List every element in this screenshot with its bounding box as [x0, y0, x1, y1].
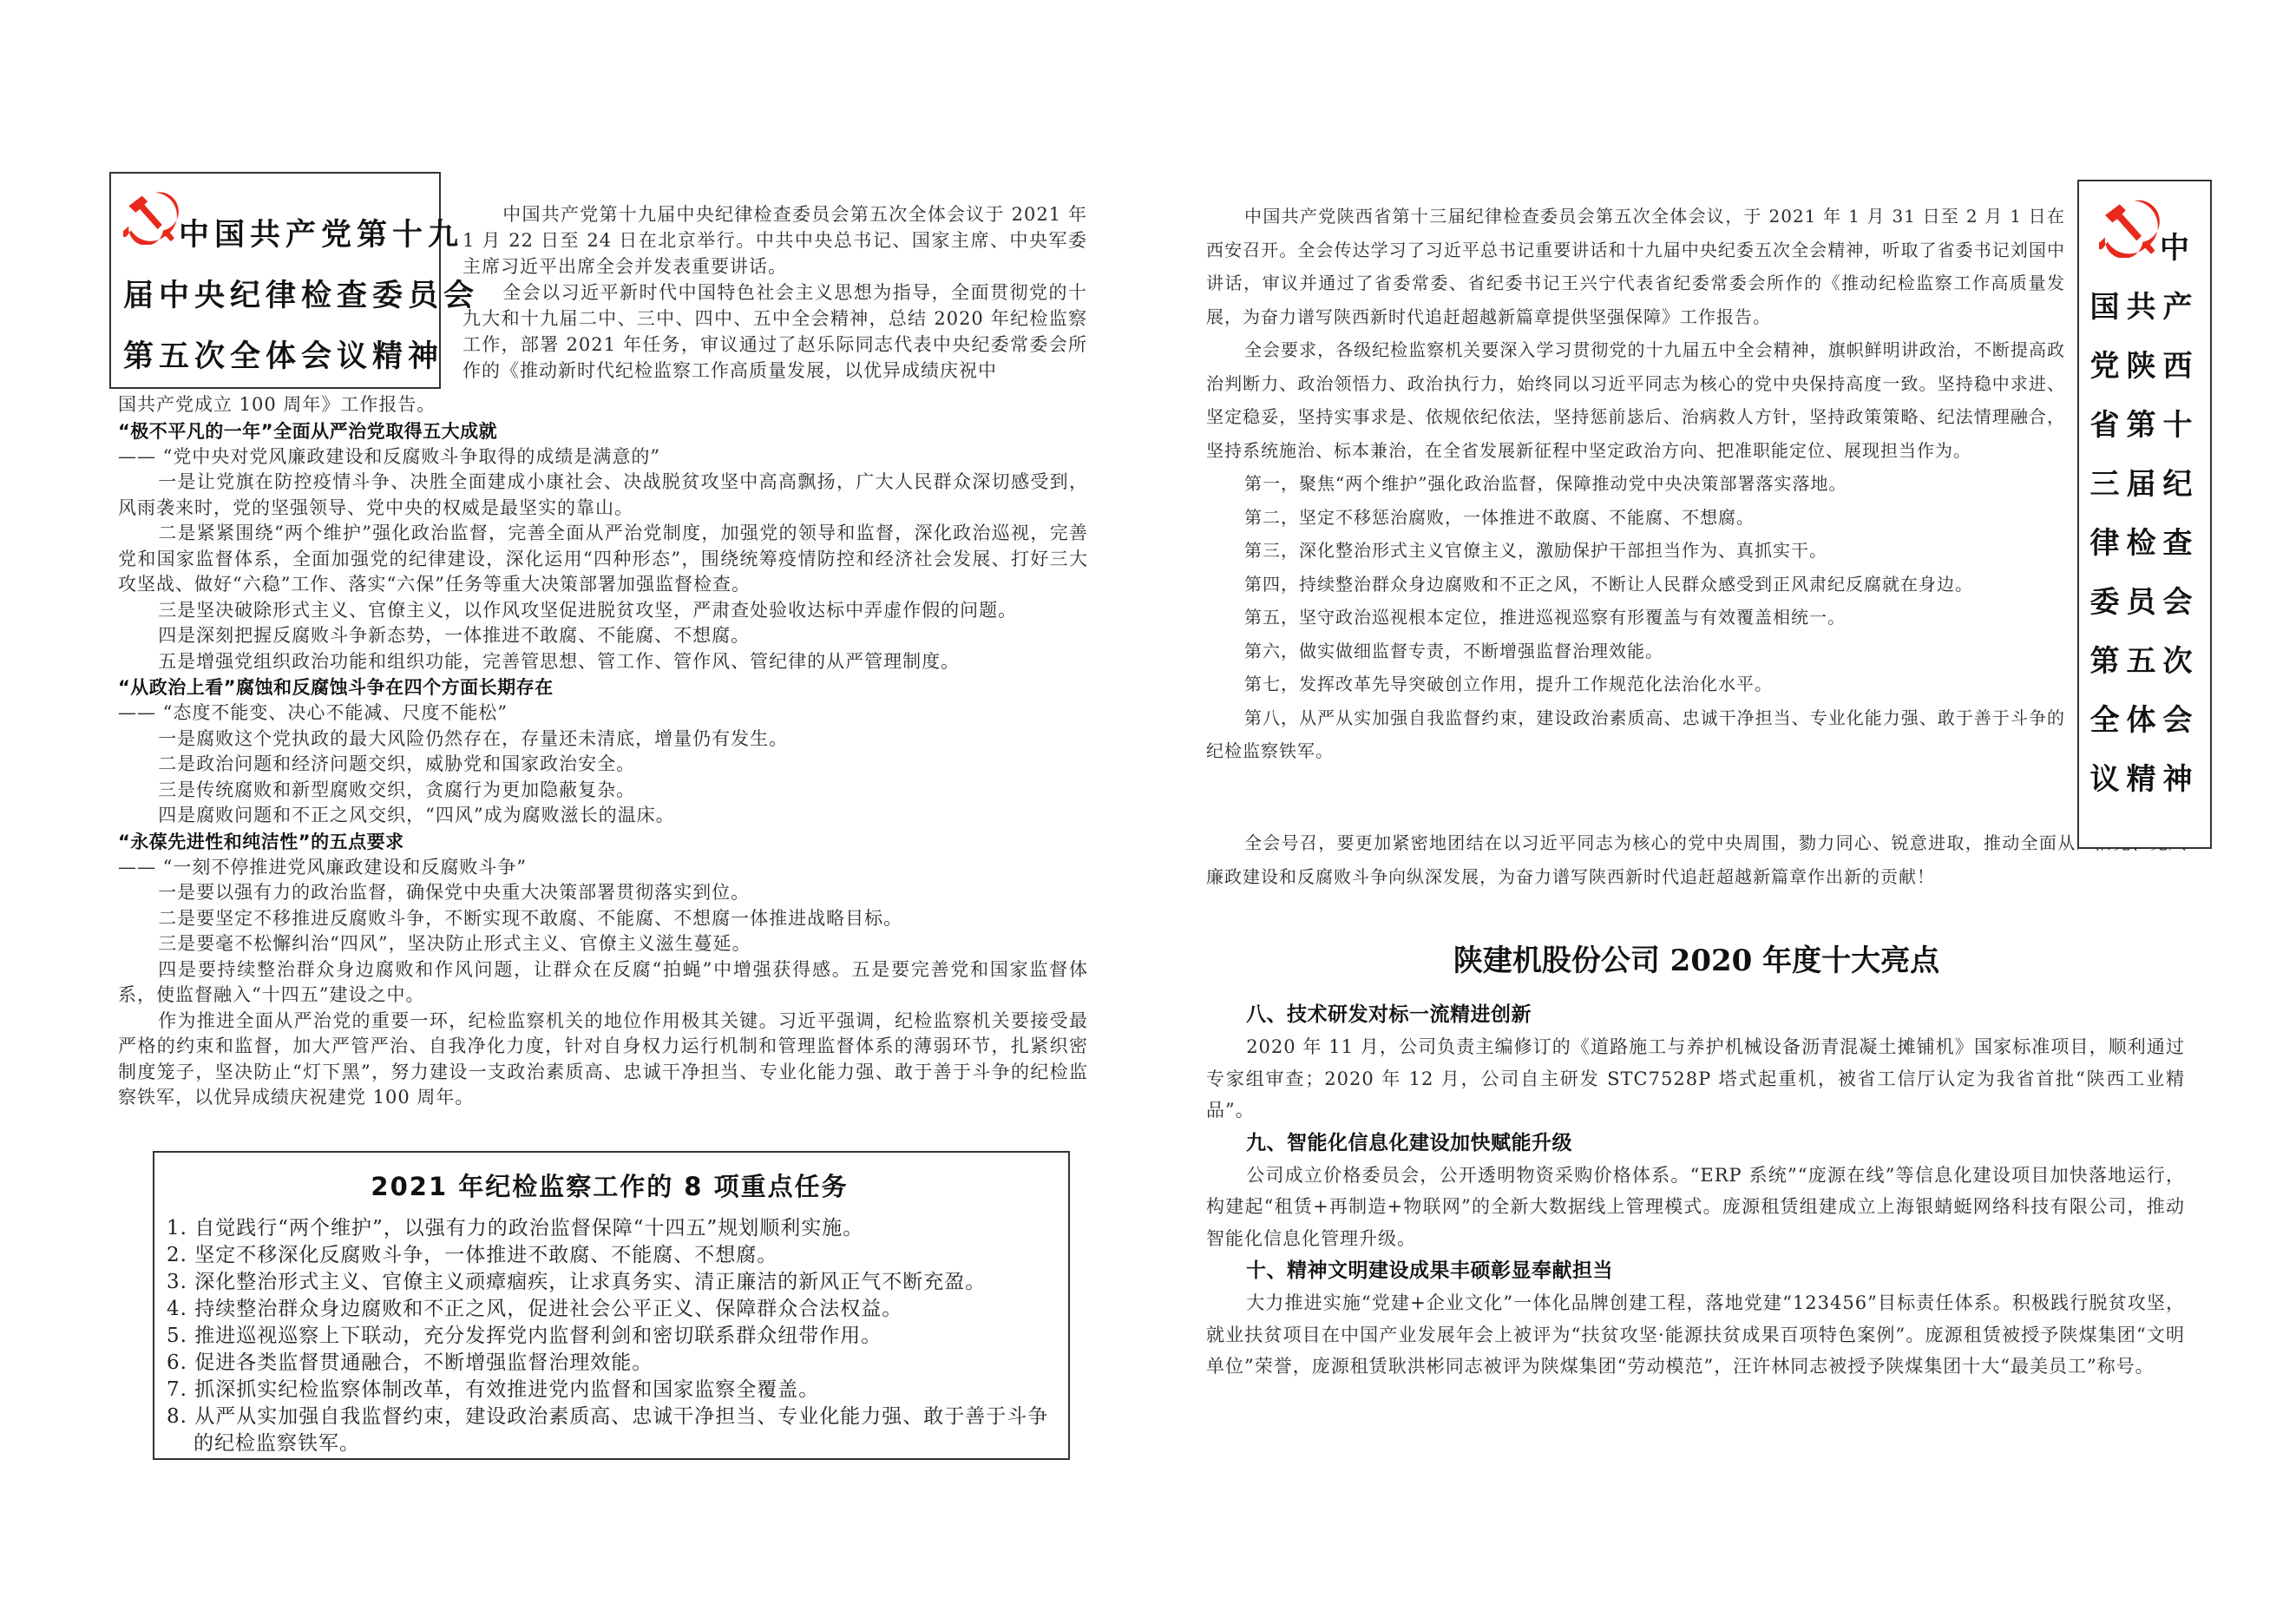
left-title-line-2: 届中央纪律检查委员会	[123, 266, 430, 326]
left-intro-paragraph-2: 全会以习近平新时代中国特色社会主义思想为指导，全面贯彻党的十九大和十九届二中、三…	[462, 279, 1087, 384]
left-intro: 中国共产党第十九届中央纪律检查委员会第五次全体会议于 2021 年 1 月 22…	[462, 201, 1087, 384]
vertical-title-line: 律检查	[2079, 514, 2210, 573]
section-3-paragraph: 三是要毫不松懈纠治“四风”，坚决防止形式主义、官僚主义滋生蔓延。	[118, 931, 1088, 957]
right-paragraph: 第三，深化整治形式主义官僚主义，激励保护干部担当作为、真抓实干。	[1206, 534, 2065, 568]
highlights-title: 陕建机股份公司 2020 年度十大亮点	[1206, 939, 2187, 983]
left-title-box: 中国共产党第十九 届中央纪律检查委员会 第五次全体会议精神	[109, 172, 441, 389]
right-paragraph: 第四，持续整治群众身边腐败和不正之风，不断让人民群众感受到正风肃纪反腐就在身边。	[1206, 568, 2065, 602]
section-2-paragraph: 三是传统腐败和新型腐败交织，贪腐行为更加隐蔽复杂。	[118, 778, 1088, 804]
left-title-line-3: 第五次全体会议精神	[123, 326, 430, 387]
left-title-line-1: 中国共产党第十九	[179, 217, 463, 253]
task-item: 1. 自觉践行“两个维护”，以强有力的政治监督保障“十四五”规划顺利实施。	[167, 1215, 1053, 1242]
right-paragraph: 全会要求，各级纪检监察机关要深入学习贯彻党的十九届五中全会精神，旗帜鲜明讲政治，…	[1206, 333, 2065, 467]
left-title: 中国共产党第十九 届中央纪律检查委员会 第五次全体会议精神	[123, 189, 430, 387]
party-emblem-icon	[2099, 197, 2160, 278]
task-item: 4. 持续整治群众身边腐败和不正之风，促进社会公平正义、保障群众合法权益。	[167, 1296, 1053, 1323]
highlight-text-8: 2020 年 11 月，公司负责主编修订的《道路施工与养护机械设备沥青混凝土摊铺…	[1206, 1031, 2185, 1127]
right-closing-paragraph: 全会号召，要更加紧密地团结在以习近平同志为核心的党中央周围，勠力同心、锐意进取，…	[1206, 826, 2187, 893]
vertical-title-line: 三届纪	[2079, 455, 2210, 514]
vertical-title-line: 国共产	[2079, 278, 2210, 337]
highlight-heading-10: 十、精神文明建设成果丰硕彰显奉献担当	[1206, 1254, 2185, 1287]
tasks-list: 1. 自觉践行“两个维护”，以强有力的政治监督保障“十四五”规划顺利实施。 2.…	[167, 1215, 1053, 1457]
right-vertical-title-box: 中 国共产 党陕西 省第十 三届纪 律检查 委员会 第五次 全体会 议精神	[2077, 180, 2212, 849]
vertical-title-line: 省第十	[2079, 396, 2210, 455]
section-heading-3: “永葆先进性和纯洁性”的五点要求	[118, 829, 1088, 855]
task-item: 7. 抓深抓实纪检监察体制改革，有效推进党内监督和国家监察全覆盖。	[167, 1377, 1053, 1404]
vertical-title-line: 第五次	[2079, 632, 2210, 691]
right-paragraph: 第七，发挥改革先导突破创立作用，提升工作规范化法治化水平。	[1206, 667, 2065, 701]
right-paragraph: 第八，从严从实加强自我监督约束，建设政治素质高、忠诚干净担当、专业化能力强、敢于…	[1206, 701, 2065, 768]
highlight-heading-9: 九、智能化信息化建设加快赋能升级	[1206, 1127, 2185, 1160]
section-1-paragraph: 四是深刻把握反腐败斗争新态势，一体推进不敢腐、不能腐、不想腐。	[118, 623, 1088, 649]
section-subtitle-1: —— “党中央对党风廉政建设和反腐败斗争取得的成绩是满意的”	[118, 444, 1088, 470]
tasks-box: 2021 年纪检监察工作的 8 项重点任务 1. 自觉践行“两个维护”，以强有力…	[153, 1151, 1070, 1460]
section-1-paragraph: 五是增强党组织政治功能和组织功能，完善管思想、管工作、管作风、管纪律的从严管理制…	[118, 649, 1088, 675]
section-2-paragraph: 一是腐败这个党执政的最大风险仍然存在，存量还未清底，增量仍有发生。	[118, 727, 1088, 753]
task-item: 5. 推进巡视巡察上下联动，充分发挥党内监督利剑和密切联系群众纽带作用。	[167, 1323, 1053, 1350]
left-intro-paragraph-1: 中国共产党第十九届中央纪律检查委员会第五次全体会议于 2021 年 1 月 22…	[462, 201, 1087, 279]
highlights-body: 八、技术研发对标一流精进创新 2020 年 11 月，公司负责主编修订的《道路施…	[1206, 998, 2185, 1383]
task-item: 2. 坚定不移深化反腐败斗争，一体推进不敢腐、不能腐、不想腐。	[167, 1242, 1053, 1269]
task-item: 3. 深化整治形式主义、官僚主义顽瘴痼疾，让求真务实、清正廉洁的新风正气不断充盈…	[167, 1269, 1053, 1296]
vertical-title-line: 全体会	[2079, 691, 2210, 750]
task-item: 6. 促进各类监督贯通融合，不断增强监督治理效能。	[167, 1350, 1053, 1377]
right-paragraph: 第六，做实做细监督专责，不断增强监督治理效能。	[1206, 634, 2065, 668]
section-2-paragraph: 二是政治问题和经济问题交织，威胁党和国家政治安全。	[118, 752, 1088, 778]
right-paragraph: 第五，坚守政治巡视根本定位，推进巡视巡察有形覆盖与有效覆盖相统一。	[1206, 601, 2065, 634]
section-subtitle-2: —— “态度不能变、决心不能减、尺度不能松”	[118, 700, 1088, 727]
section-subtitle-3: —— “一刻不停推进党风廉政建设和反腐败斗争”	[118, 855, 1088, 881]
highlight-text-9: 公司成立价格委员会，公开透明物资采购价格体系。“ERP 系统”“庞源在线”等信息…	[1206, 1160, 2185, 1255]
section-3-paragraph: 作为推进全面从严治党的重要一环，纪检监察机关的地位作用极其关键。习近平强调，纪检…	[118, 1009, 1088, 1111]
right-paragraph: 第一，聚焦“两个维护”强化政治监督，保障推动党中央决策部署落实落地。	[1206, 467, 2065, 501]
right-vertical-title: 中 国共产 党陕西 省第十 三届纪 律检查 委员会 第五次 全体会 议精神	[2079, 197, 2210, 809]
highlight-heading-8: 八、技术研发对标一流精进创新	[1206, 998, 2185, 1031]
right-article: 中国共产党陕西省第十三届纪律检查委员会第五次全体会议，于 2021 年 1 月 …	[1206, 200, 2065, 768]
highlight-text-10: 大力推进实施“党建+企业文化”一体化品牌创建工程，落地党建“123456”目标责…	[1206, 1287, 2185, 1383]
right-paragraph: 第二，坚定不移惩治腐败，一体推进不敢腐、不能腐、不想腐。	[1206, 501, 2065, 535]
section-3-paragraph: 四是要持续整治群众身边腐败和作风问题，让群众在反腐“拍蝇”中增强获得感。五是要完…	[118, 957, 1088, 1009]
task-item: 8. 从严从实加强自我监督约束，建设政治素质高、忠诚干净担当、专业化能力强、敢于…	[167, 1404, 1053, 1457]
section-3-paragraph: 一是要以强有力的政治监督，确保党中央重大决策部署贯彻落实到位。	[118, 880, 1088, 906]
party-emblem-icon	[123, 189, 179, 266]
vertical-title-line: 党陕西	[2079, 337, 2210, 396]
right-paragraph: 中国共产党陕西省第十三届纪律检查委员会第五次全体会议，于 2021 年 1 月 …	[1206, 200, 2065, 333]
section-1-paragraph: 三是坚决破除形式主义、官僚主义，以作风攻坚促进脱贫攻坚，严肃查处验收达标中弄虚作…	[118, 598, 1088, 624]
section-1-paragraph: 二是紧紧围绕“两个维护”强化政治监督，完善全面从严治党制度，加强党的领导和监督，…	[118, 521, 1088, 598]
section-3-paragraph: 二是要坚定不移推进反腐败斗争，不断实现不敢腐、不能腐、不想腐一体推进战略目标。	[118, 906, 1088, 932]
left-intro-tail: 国共产党成立 100 周年》工作报告。	[118, 392, 1088, 418]
section-2-paragraph: 四是腐败问题和不正之风交织，“四风”成为腐败滋长的温床。	[118, 803, 1088, 829]
vertical-title-line: 委员会	[2079, 573, 2210, 632]
tasks-box-title: 2021 年纪检监察工作的 8 项重点任务	[167, 1165, 1053, 1208]
section-heading-2: “从政治上看”腐蚀和反腐蚀斗争在四个方面长期存在	[118, 674, 1088, 700]
left-main-column: 国共产党成立 100 周年》工作报告。 “极不平凡的一年”全面从严治党取得五大成…	[118, 392, 1088, 1111]
vertical-title-line: 议精神	[2079, 750, 2210, 809]
section-heading-1: “极不平凡的一年”全面从严治党取得五大成就	[118, 418, 1088, 444]
section-1-paragraph: 一是让党旗在防控疫情斗争、决胜全面建成小康社会、决战脱贫攻坚中高高飘扬，广大人民…	[118, 470, 1088, 521]
